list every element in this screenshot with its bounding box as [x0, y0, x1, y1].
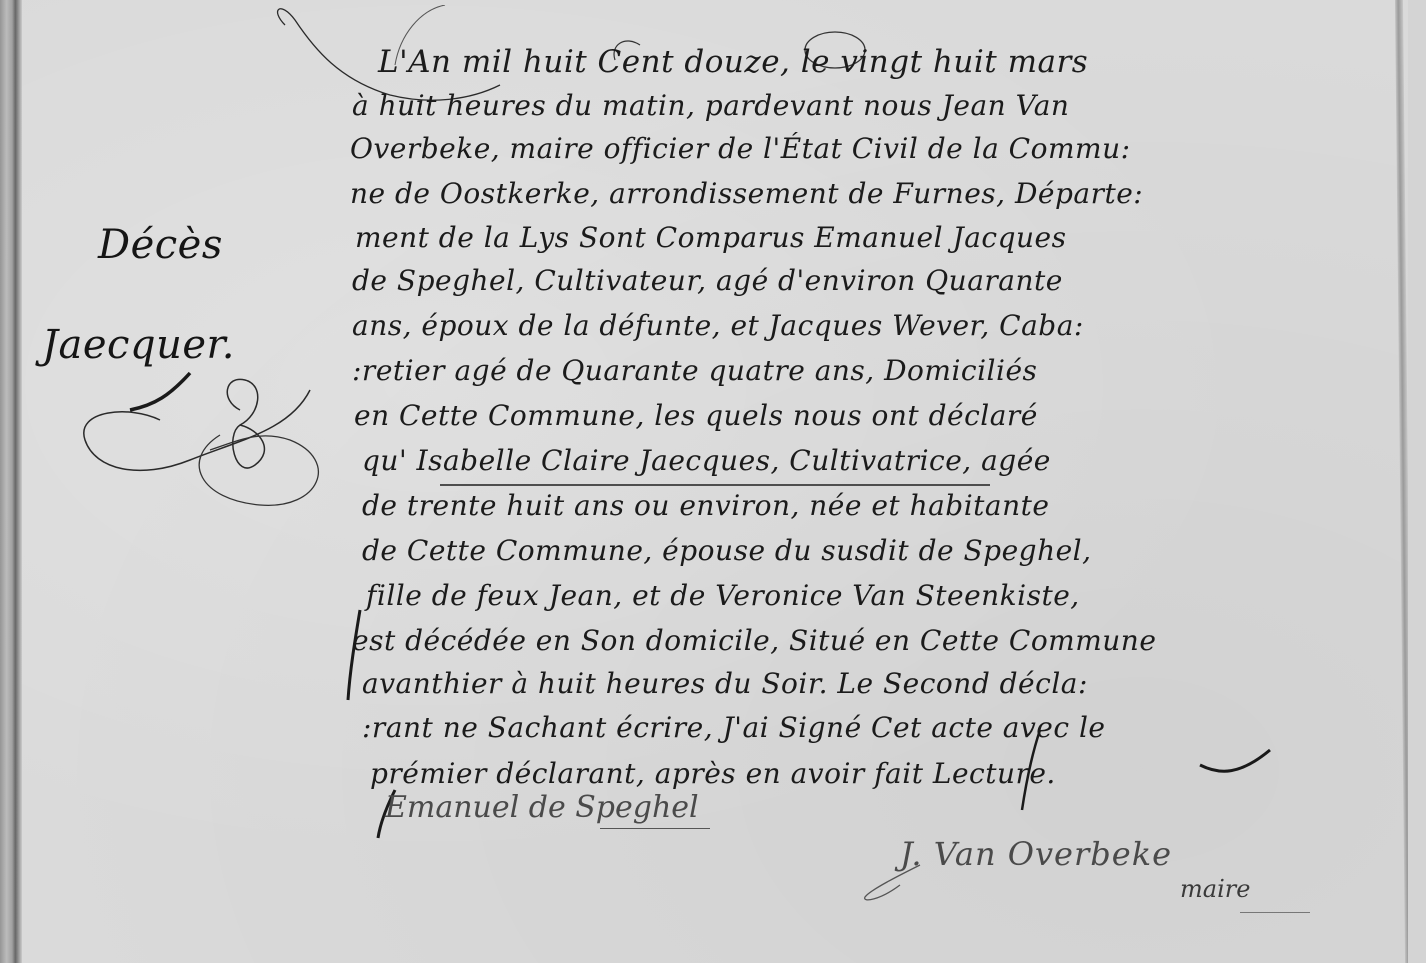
record-line-2: à huit heures du matin, pardevant nous J…: [352, 90, 1069, 122]
right-page-strip: [1408, 0, 1426, 963]
record-line-15: avanthier à huit heures du Soir. Le Seco…: [362, 668, 1088, 700]
record-line-4: ne de Oostkerke, arrondissement de Furne…: [350, 178, 1143, 210]
record-line-9: en Cette Commune, les quels nous ont déc…: [354, 400, 1038, 432]
margin-note-surname: Jaecquer.: [42, 322, 235, 368]
document-page: Décès Jaecquer. L'An mil huit Cent douze…: [0, 0, 1426, 963]
record-line-13: fille de feux Jean, et de Veronice Van S…: [366, 580, 1080, 612]
record-line-7: ans, époux de la défunte, et Jacques Wev…: [352, 310, 1084, 342]
record-line-11: de trente huit ans ou environ, née et ha…: [362, 490, 1049, 522]
margin-note-deces: Décès: [98, 222, 223, 268]
record-line-6: de Speghel, Cultivateur, agé d'environ Q…: [352, 265, 1063, 297]
declarant-signature-underline: [600, 828, 710, 829]
record-line-3: Overbeke, maire officier de l'État Civil…: [350, 133, 1131, 165]
record-line-10: qu' Isabelle Claire Jaecques, Cultivatri…: [362, 445, 1051, 477]
declarant-signature: Emanuel de Speghel: [385, 790, 699, 825]
mayor-title-rule: [1240, 912, 1310, 913]
margin-flourish-icon: [60, 370, 360, 510]
record-line-5: ment de la Lys Sont Comparus Emanuel Jac…: [355, 222, 1066, 254]
record-line-16: :rant ne Sachant écrire, J'ai Signé Cet …: [362, 712, 1106, 744]
record-line-14: est décédée en Son domicile, Situé en Ce…: [352, 625, 1156, 657]
record-line-1: L'An mil huit Cent douze, le vingt huit …: [378, 46, 1088, 78]
mayor-signature: J. Van Overbeke: [900, 835, 1172, 873]
deceased-name-underline: [440, 484, 990, 486]
page-binding-edge: [0, 0, 22, 963]
mayor-title: maire: [1180, 875, 1250, 903]
record-line-12: de Cette Commune, épouse du susdit de Sp…: [362, 535, 1092, 567]
record-line-8: :retier agé de Quarante quatre ans, Domi…: [352, 355, 1037, 387]
record-line-17: prémier déclarant, après en avoir fait L…: [370, 758, 1056, 790]
